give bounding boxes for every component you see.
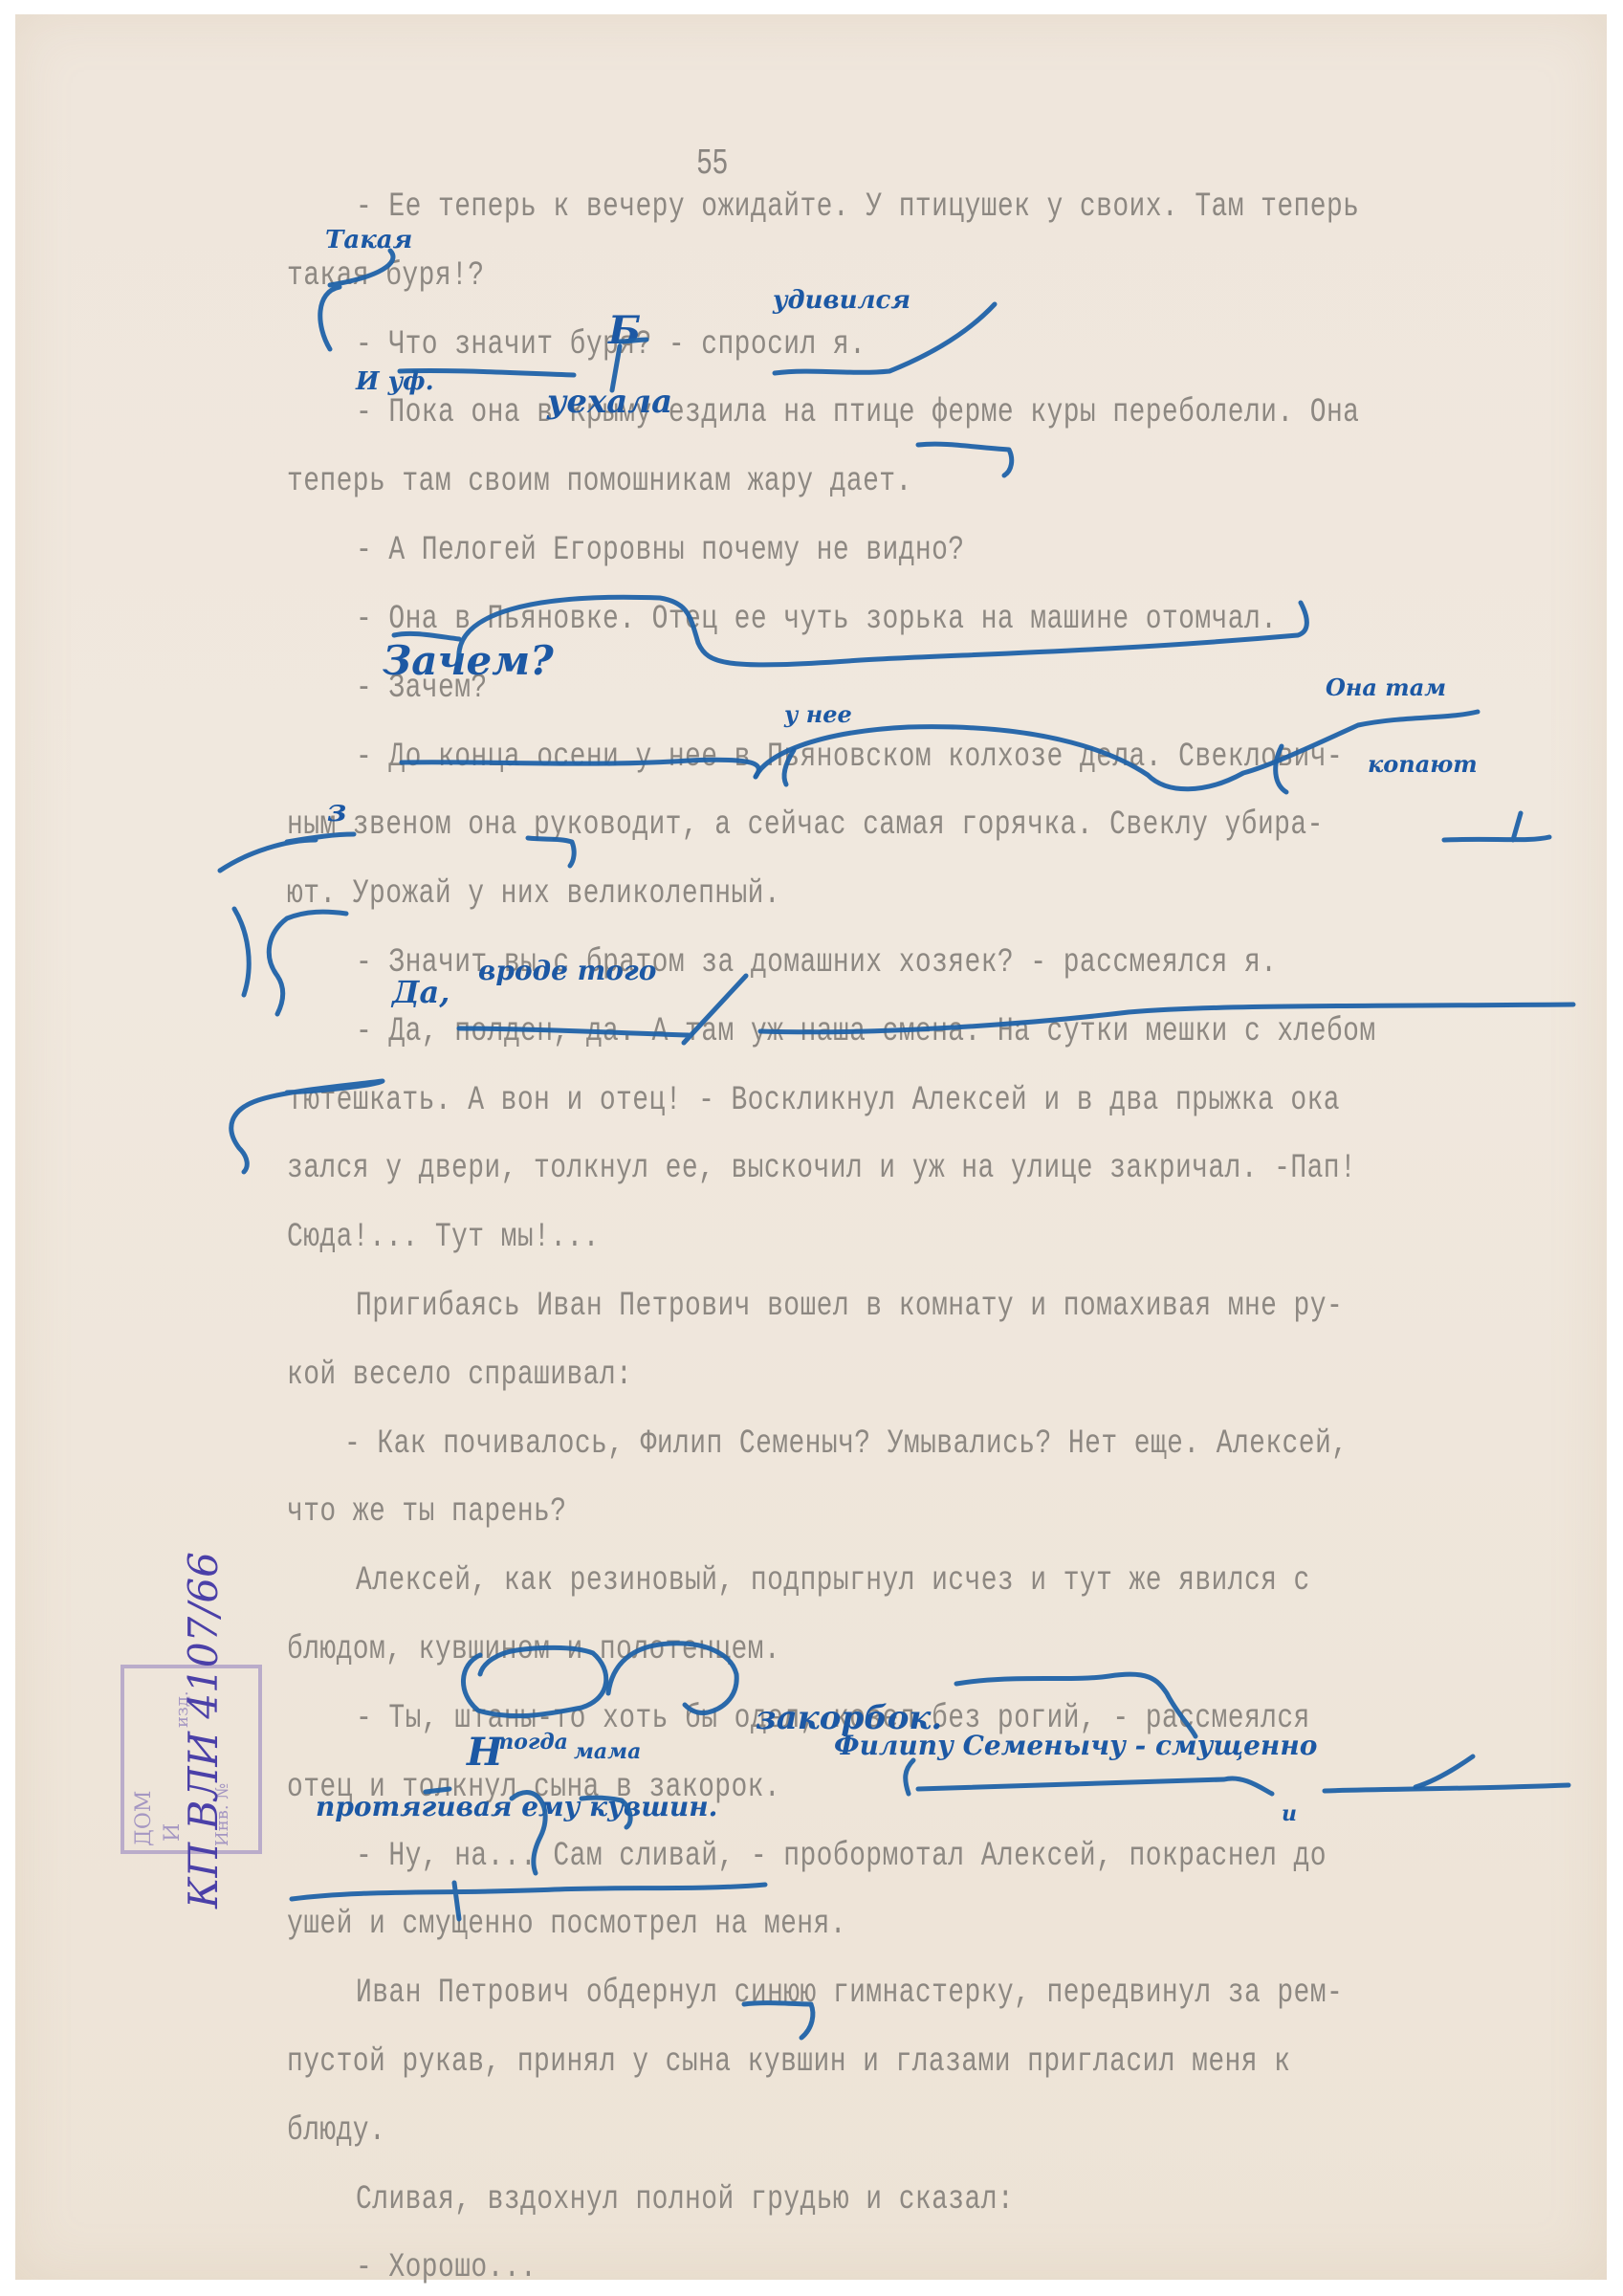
typed-line: такая буря!?: [287, 256, 484, 295]
typed-line: Алексей, как резиновый, подпрыгнул исчез…: [356, 1561, 1310, 1600]
typed-line: - Как почивалось, Филип Семеныч? Умывали…: [344, 1424, 1348, 1463]
handwritten-note: Да,: [392, 974, 450, 1010]
typed-line: ушей и смущенно посмотрел на меня.: [287, 1905, 846, 1943]
typed-line: теперь там своим помошникам жару дает.: [287, 462, 912, 500]
stamp-line-1: ДОМ: [132, 1791, 156, 1846]
handwritten-note: Она там: [1326, 673, 1446, 701]
handwritten-note: Б: [608, 308, 641, 353]
typed-line: - Да, полден, да. А там уж наша смена. Н…: [356, 1012, 1376, 1050]
handwritten-note: копают: [1368, 750, 1478, 778]
typed-line: что же ты парень?: [287, 1492, 566, 1531]
typed-line: зался у двери, толкнул ее, выскочил и уж…: [287, 1149, 1356, 1187]
typed-line: блюду.: [287, 2111, 385, 2150]
handwritten-note: Филипу Семенычу - смущенно: [834, 1730, 1317, 1761]
handwritten-note: мама: [574, 1739, 641, 1764]
handwritten-note: вроде того: [478, 955, 656, 986]
page-number: 55: [696, 143, 728, 185]
handwritten-note: протягивая ему кувшин.: [316, 1791, 717, 1822]
typed-line: блюдом, кувшином и полотенцем.: [287, 1630, 780, 1668]
typed-line: - До конца осени у нее в Пьяновском колх…: [356, 738, 1343, 776]
handwritten-note: удивился: [773, 286, 910, 315]
typed-line: ют. Урожай у них великолепный.: [287, 874, 780, 913]
archive-code: КП ВЛИ 4107/66: [180, 1552, 227, 1909]
handwritten-note: И уф.: [356, 367, 434, 396]
handwritten-note: тогда: [492, 1730, 568, 1755]
typed-line: - Ну, на... Сам сливай, - пробормотал Ал…: [356, 1837, 1327, 1875]
typed-line: Сюда!... Тут мы!...: [287, 1218, 600, 1256]
typed-line: - А Пелогей Егоровны почему не видно?: [356, 531, 965, 569]
typed-line: Иван Петрович обдернул синюю гимнастерку…: [356, 1974, 1343, 2012]
typed-line: - Она в Пьяновке. Отец ее чуть зорька на…: [356, 600, 1277, 638]
typed-line: пустой рукав, принял у сына кувшин и гла…: [287, 2042, 1290, 2081]
handwritten-note: уехала: [547, 383, 672, 421]
typed-line: Сливая, вздохнул полной грудью и сказал:: [356, 2180, 1014, 2219]
handwritten-note: и: [1282, 1801, 1297, 1826]
handwritten-note: з: [327, 792, 346, 828]
typed-line: кой весело спрашивал:: [287, 1356, 632, 1394]
handwritten-note: у нее: [784, 700, 852, 728]
typed-line: тютешкать. А вон и отец! - Воскликнул Ал…: [287, 1081, 1340, 1119]
typed-line: - Хорошо...: [356, 2248, 537, 2286]
typed-line: - Ее теперь к вечеру ожидайте. У птицуше…: [356, 188, 1359, 226]
typed-line: - Пока она в Крыму ездила на птице ферме…: [356, 393, 1359, 431]
handwritten-note: Такая: [325, 226, 412, 254]
typed-line: ным звеном она руководит, а сейчас самая…: [287, 806, 1324, 844]
typed-line: Пригибаясь Иван Петрович вошел в комнату…: [356, 1287, 1343, 1325]
handwritten-note: Зачем?: [383, 637, 554, 684]
